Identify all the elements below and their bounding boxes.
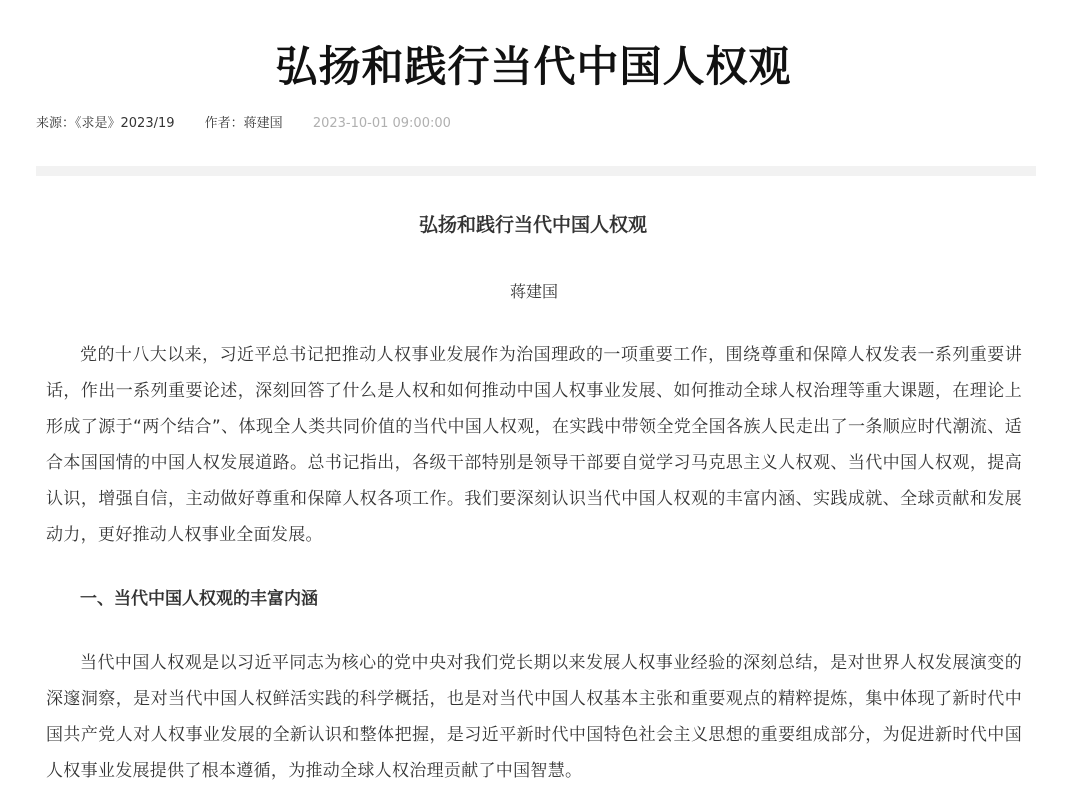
meta-date: 2023-10-01 09:00:00 — [313, 115, 451, 133]
meta-author: 作者：蒋建国 — [205, 115, 283, 133]
article-paragraph: 当代中国人权观是以习近平同志为核心的党中央对我们党长期以来发展人权事业经验的深刻… — [46, 645, 1022, 789]
article-author: 蒋建国 — [46, 278, 1022, 306]
article-body: 弘扬和践行当代中国人权观 蒋建国 党的十八大以来，习近平总书记把推动人权事业发展… — [46, 205, 1022, 789]
article-page: 弘扬和践行当代中国人权观 来源：《求是》2023/19 作者：蒋建国 2023-… — [0, 0, 1067, 809]
meta-source: 来源：《求是》2023/19 — [36, 115, 175, 133]
article-title: 弘扬和践行当代中国人权观 — [44, 205, 1022, 245]
article-paragraph: 党的十八大以来，习近平总书记把推动人权事业发展作为治国理政的一项重要工作，围绕尊… — [46, 337, 1022, 553]
page-title: 弘扬和践行当代中国人权观 — [0, 38, 1067, 96]
article-meta: 来源：《求是》2023/19 作者：蒋建国 2023-10-01 09:00:0… — [36, 115, 451, 133]
section-heading: 一、当代中国人权观的丰富内涵 — [46, 581, 1022, 617]
divider-bar — [36, 166, 1036, 176]
